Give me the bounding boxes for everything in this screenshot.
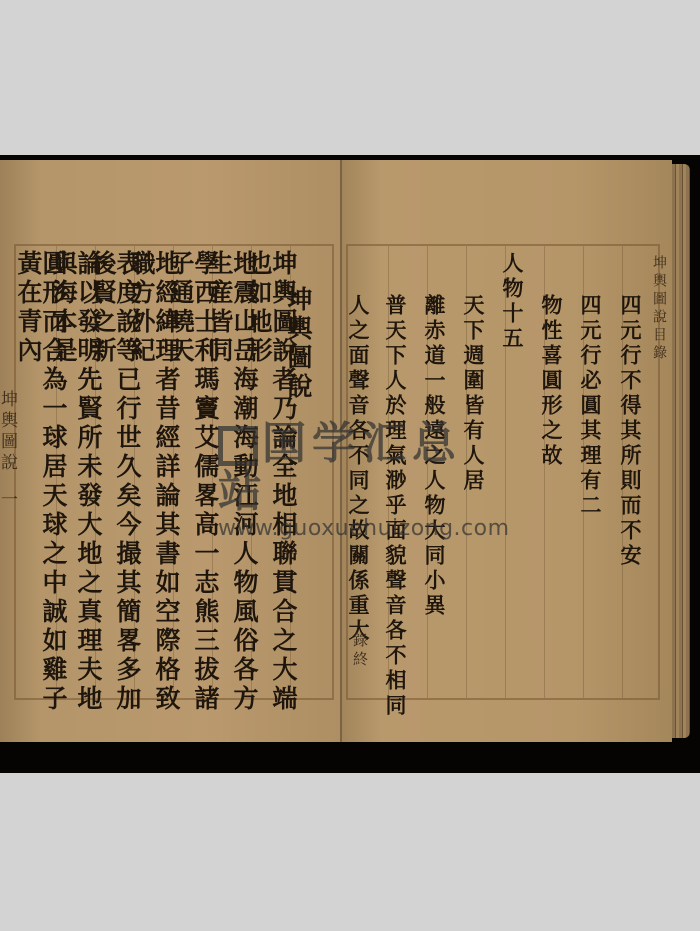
watermark-logo-icon xyxy=(218,426,258,466)
toc-entry: 四元行必圓其理有二 xyxy=(580,294,601,519)
toc-entry: 物性喜圓形之故 xyxy=(541,294,562,469)
watermark-url: www.guoxuehuizong.com xyxy=(218,516,508,542)
watermark-title: 国学汇总站 xyxy=(218,420,508,516)
margin-label: 坤輿圖說 xyxy=(0,390,15,474)
watermark: 国学汇总站 www.guoxuehuizong.com xyxy=(218,420,508,542)
end-mark: 錄終 xyxy=(352,632,367,670)
margin-folio: 一 xyxy=(0,490,15,511)
text-column: 圓形而合為一球居天球之中誠如雞子黃在青內 xyxy=(16,250,66,742)
toc-section-heading: 人物十五 xyxy=(502,252,523,352)
margin-label: 坤輿圖說目錄 xyxy=(652,255,666,363)
page-edges xyxy=(672,164,690,738)
toc-entry: 四元行不得其所則而不安 xyxy=(620,294,641,569)
